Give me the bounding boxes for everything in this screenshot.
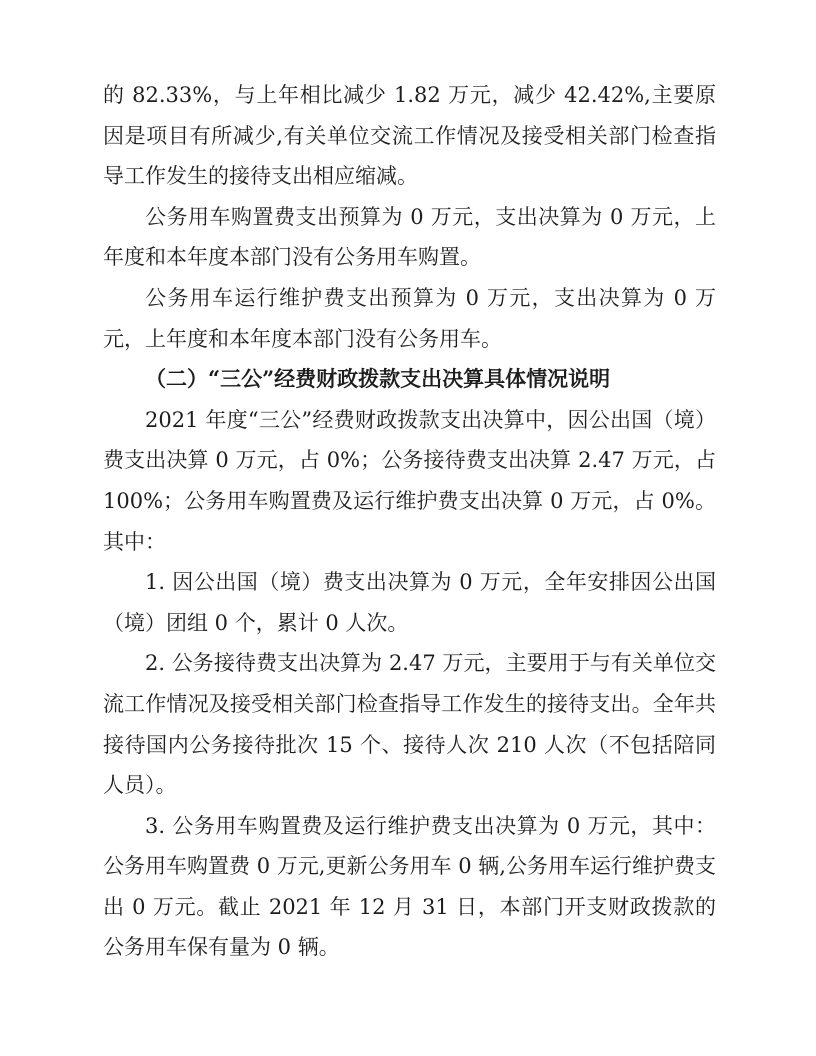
document-page: 的 82.33%，与上年相比减少 1.82 万元，减少 42.42%,主要原因是… bbox=[0, 0, 816, 1056]
paragraph: 的 82.33%，与上年相比减少 1.82 万元，减少 42.42%,主要原因是… bbox=[103, 75, 716, 197]
paragraph: 2021 年度“三公”经费财政拨款支出决算中，因公出国（境）费支出决算 0 万元… bbox=[103, 400, 716, 562]
paragraph: 3. 公务用车购置费及运行维护费支出决算为 0 万元，其中：公务用车购置费 0 … bbox=[103, 806, 716, 968]
paragraph: 2. 公务接待费支出决算为 2.47 万元，主要用于与有关单位交流工作情况及接受… bbox=[103, 643, 716, 805]
document-body: 的 82.33%，与上年相比减少 1.82 万元，减少 42.42%,主要原因是… bbox=[103, 75, 716, 968]
paragraph: 公务用车运行维护费支出预算为 0 万元，支出决算为 0 万元，上年度和本年度本部… bbox=[103, 278, 716, 359]
section-heading: （二）“三公”经费财政拨款支出决算具体情况说明 bbox=[103, 359, 716, 400]
paragraph: 1. 因公出国（境）费支出决算为 0 万元，全年安排因公出国（境）团组 0 个，… bbox=[103, 562, 716, 643]
paragraph: 公务用车购置费支出预算为 0 万元，支出决算为 0 万元，上年度和本年度本部门没… bbox=[103, 197, 716, 278]
